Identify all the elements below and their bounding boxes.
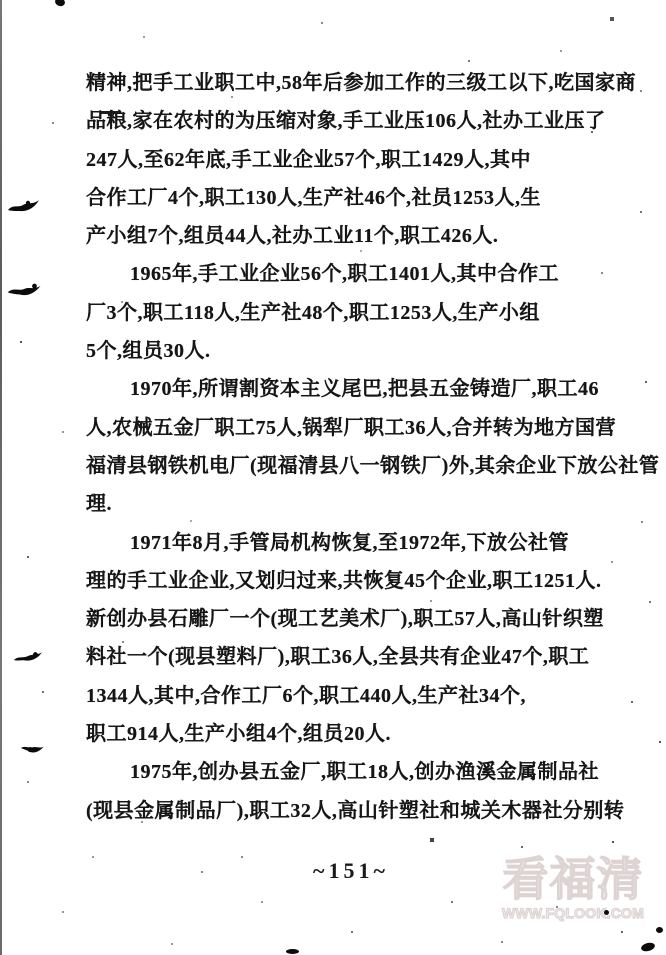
ink-mark-icon: [6, 277, 42, 302]
text-line: 247人,至62年底,手工业企业57个,职工1429人,其中: [86, 141, 642, 179]
ink-mark-icon: [19, 738, 46, 761]
text-line: 新创办县石雕厂一个(现工艺美术厂),职工57人,高山针织塑: [86, 600, 642, 638]
text-line: 料社一个(现县塑料厂),职工36人,全县共有企业47个,职工: [86, 638, 642, 676]
scan-blob: [54, 0, 66, 7]
scan-blob: [656, 927, 663, 933]
watermark-url: WWW.FQLOOK.COM: [498, 905, 648, 921]
watermark-title: 看福清: [498, 856, 648, 904]
text-line: 理.: [86, 485, 642, 523]
text-line: 1970年,所谓割资本主义尾巴,把县五金铸造厂,职工46: [86, 370, 642, 408]
text-line: 1965年,手工业企业56个,职工1401人,其中合作工: [86, 255, 642, 293]
watermark: 看福清 WWW.FQLOOK.COM: [498, 856, 648, 921]
text-line: 福清县钢铁机电厂(现福清县八一钢铁厂)外,其余企业下放公社管: [86, 447, 642, 485]
text-line: 1971年8月,手管局机构恢复,至1972年,下放公社管: [86, 524, 642, 562]
text-line: 合作工厂4个,职工130人,生产社46个,社员1253人,生: [86, 179, 642, 217]
text-line: 产小组7个,组员44人,社办工业11个,职工426人.: [86, 217, 642, 255]
scan-blob: [286, 949, 299, 954]
page-number: ~151~: [296, 858, 406, 884]
text-line: 品粮,家在农村的为压缩对象,手工业压106人,社办工业压了: [86, 102, 642, 140]
document-text-block: 精神,把手工业职工中,58年后参加工作的三级工以下,吃国家商 品粮,家在农村的为…: [86, 64, 642, 830]
scan-blob: [640, 941, 656, 952]
scan-edge-line: [0, 0, 2, 955]
ink-mark-icon: [7, 196, 41, 218]
scan-speckle-layer: [0, 0, 2, 2]
text-line: 5个,组员30人.: [86, 332, 642, 370]
scanned-page: 精神,把手工业职工中,58年后参加工作的三级工以下,吃国家商 品粮,家在农村的为…: [0, 0, 666, 955]
text-line: 理的手工业企业,又划归过来,共恢复45个企业,职工1251人.: [86, 562, 642, 600]
text-line: 人,农械五金厂职工75人,锅犁厂职工36人,合并转为地方国营: [86, 409, 642, 447]
ink-mark-icon: [12, 647, 44, 668]
text-line: 1975年,创办县五金厂,职工18人,创办渔溪金属制品社: [86, 753, 642, 791]
text-line: 职工914人,生产小组4个,组员20人.: [86, 715, 642, 753]
text-line: 厂3个,职工118人,生产社48个,职工1253人,生产小组: [86, 294, 642, 332]
text-line: (现县金属制品厂),职工32人,高山针塑社和城关木器社分别转: [86, 792, 642, 830]
text-line: 精神,把手工业职工中,58年后参加工作的三级工以下,吃国家商: [86, 64, 642, 102]
text-line: 1344人,其中,合作工厂6个,职工440人,生产社34个,: [86, 677, 642, 715]
